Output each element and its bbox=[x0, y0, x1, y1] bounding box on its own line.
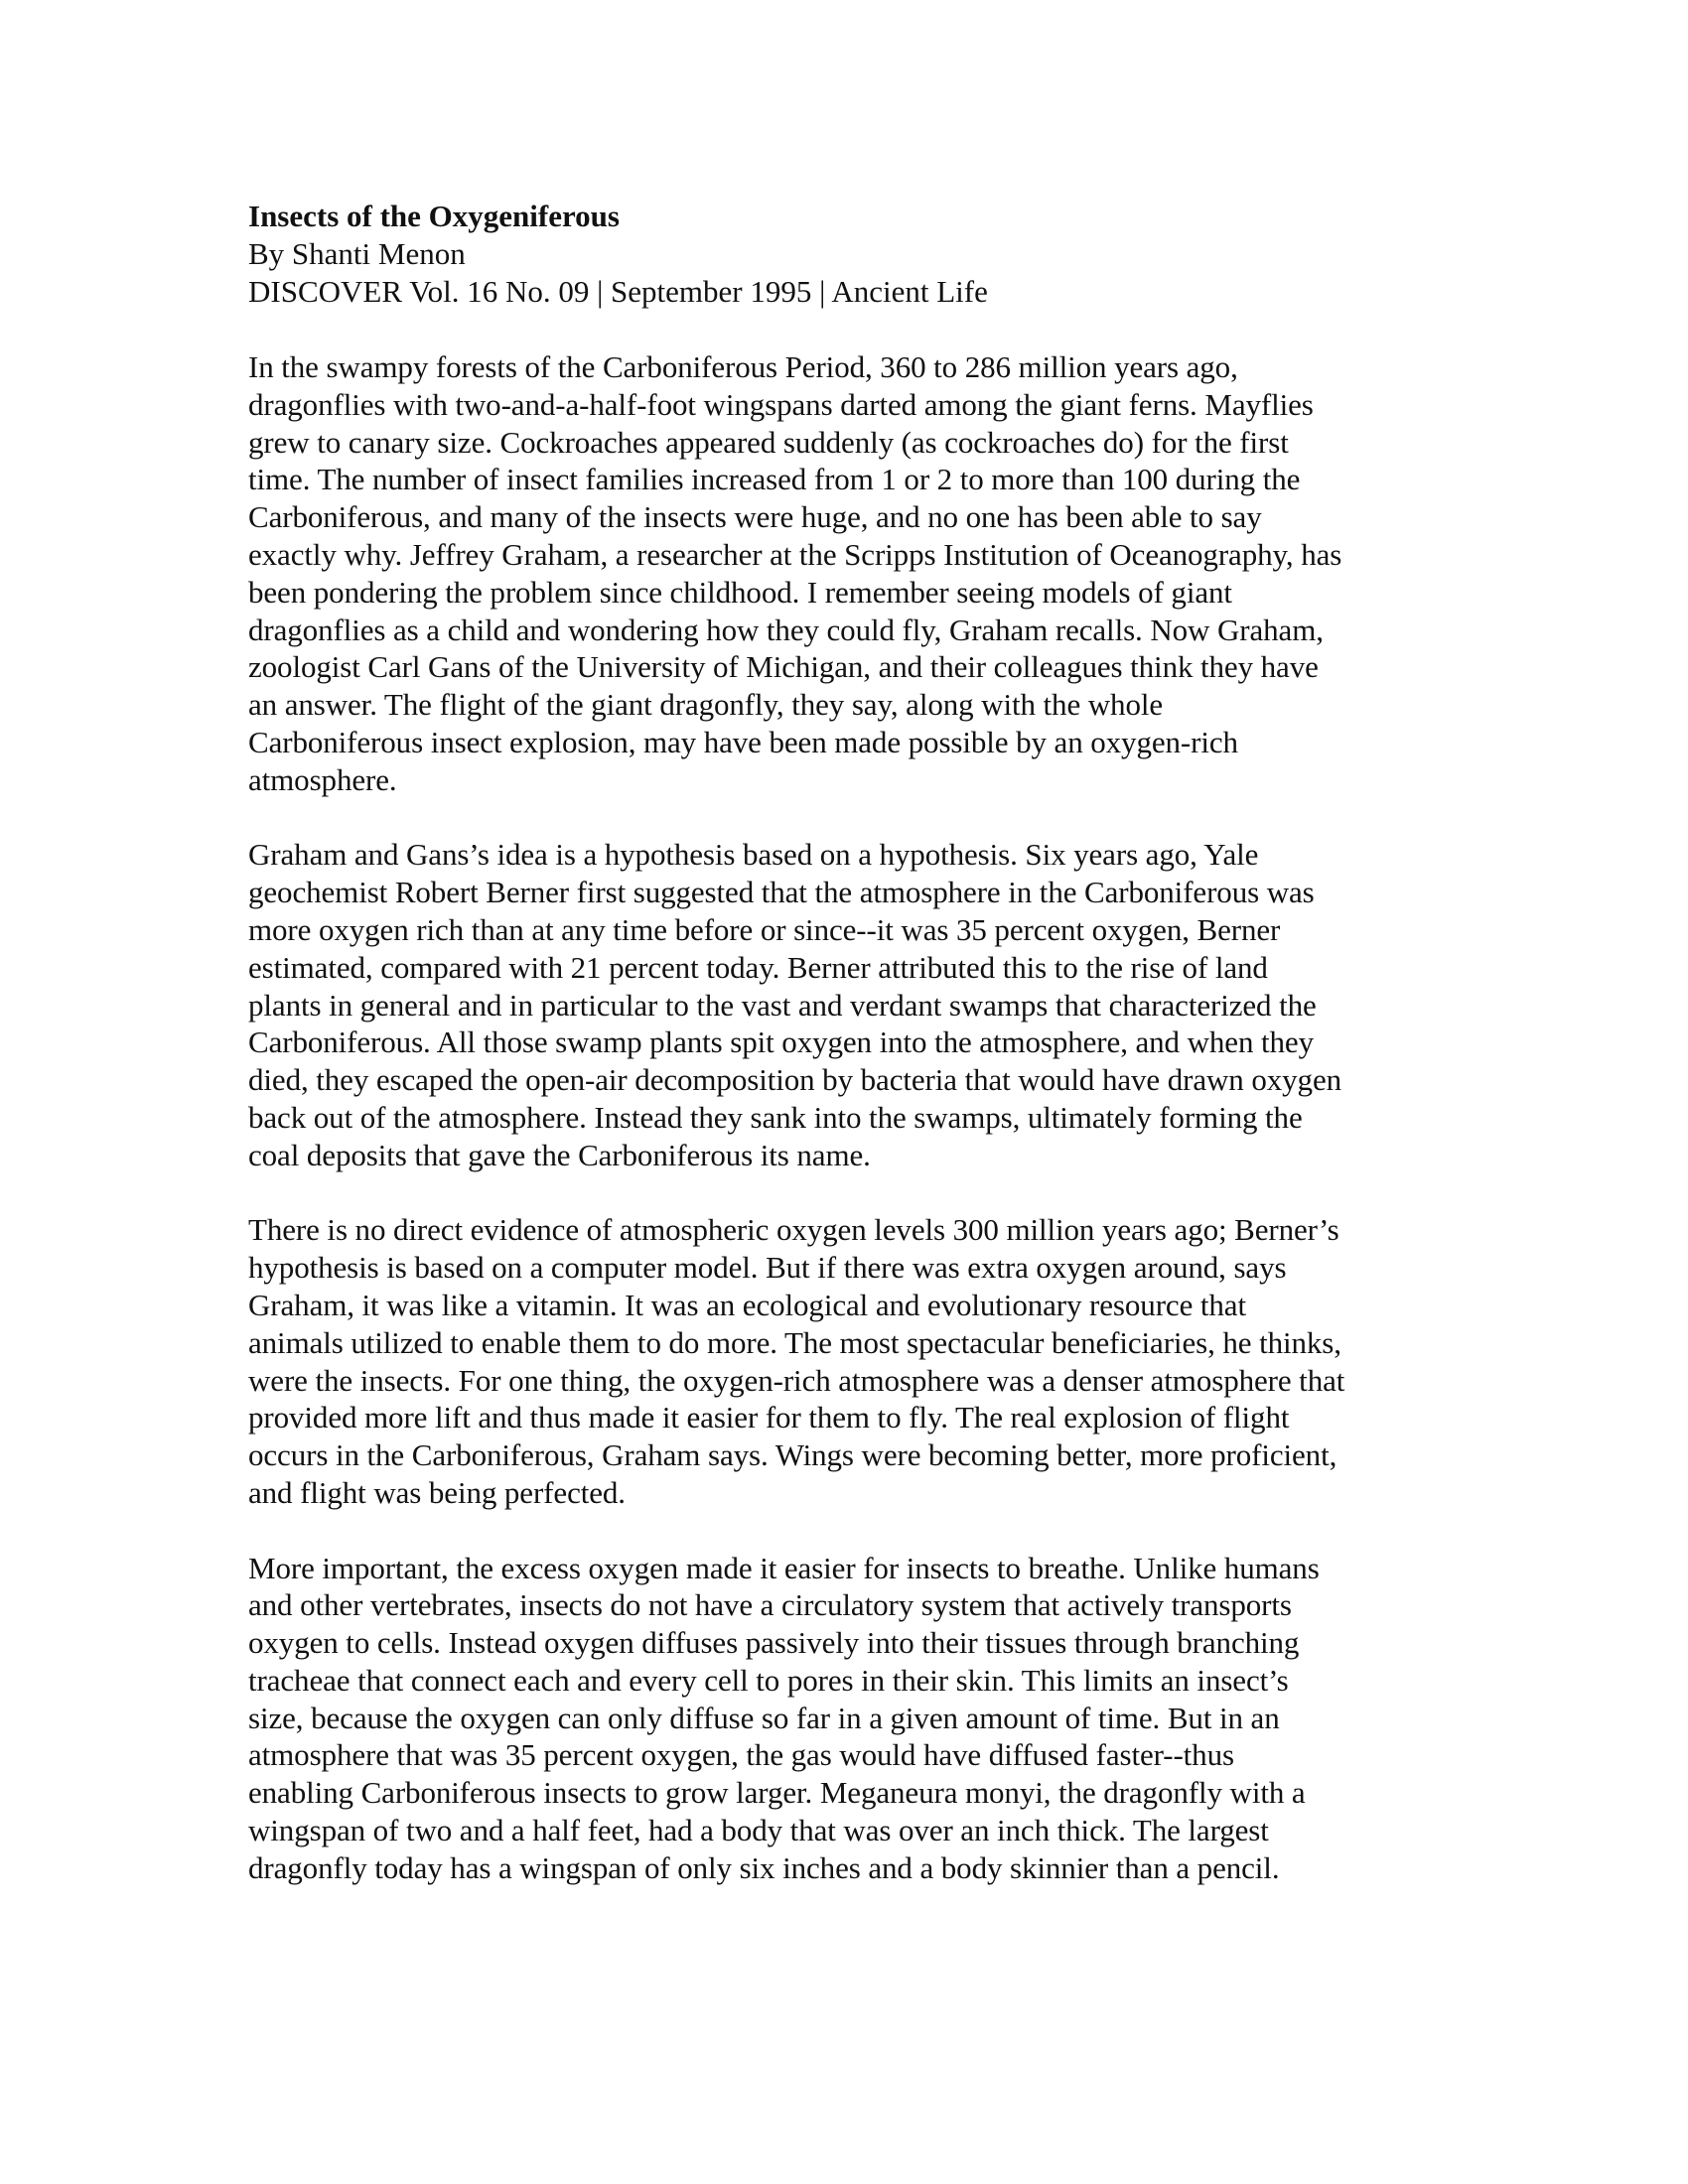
text-line: size, because the oxygen can only diffus… bbox=[248, 1700, 1470, 1737]
paragraph-1: In the swampy forests of the Carbonifero… bbox=[248, 348, 1470, 799]
text-line: There is no direct evidence of atmospher… bbox=[248, 1211, 1470, 1249]
text-line: hypothesis is based on a computer model.… bbox=[248, 1249, 1470, 1287]
text-line: wingspan of two and a half feet, had a b… bbox=[248, 1812, 1470, 1849]
article-body: In the swampy forests of the Carbonifero… bbox=[248, 348, 1470, 1887]
text-line: occurs in the Carboniferous, Graham says… bbox=[248, 1436, 1470, 1474]
text-line: zoologist Carl Gans of the University of… bbox=[248, 648, 1470, 686]
text-line: Carboniferous. All those swamp plants sp… bbox=[248, 1024, 1470, 1061]
text-line: oxygen to cells. Instead oxygen diffuses… bbox=[248, 1624, 1470, 1662]
text-line: geochemist Robert Berner first suggested… bbox=[248, 874, 1470, 911]
text-line: more oxygen rich than at any time before… bbox=[248, 911, 1470, 949]
article-byline: By Shanti Menon bbox=[248, 235, 1470, 273]
text-line: Carboniferous insect explosion, may have… bbox=[248, 724, 1470, 761]
text-line: dragonflies with two-and-a-half-foot win… bbox=[248, 386, 1470, 424]
text-line: coal deposits that gave the Carboniferou… bbox=[248, 1137, 1470, 1174]
text-line: dragonflies as a child and wondering how… bbox=[248, 612, 1470, 649]
paragraph-3: There is no direct evidence of atmospher… bbox=[248, 1211, 1470, 1511]
text-line: Graham, it was like a vitamin. It was an… bbox=[248, 1287, 1470, 1324]
text-line: Carboniferous, and many of the insects w… bbox=[248, 498, 1470, 536]
text-line: an answer. The flight of the giant drago… bbox=[248, 686, 1470, 724]
article-source: DISCOVER Vol. 16 No. 09 | September 1995… bbox=[248, 273, 1470, 311]
text-line: and other vertebrates, insects do not ha… bbox=[248, 1586, 1470, 1624]
text-line: atmosphere. bbox=[248, 761, 1470, 799]
article-header: Insects of the Oxygeniferous By Shanti M… bbox=[248, 198, 1470, 311]
text-line: animals utilized to enable them to do mo… bbox=[248, 1324, 1470, 1362]
text-line: and flight was being perfected. bbox=[248, 1474, 1470, 1512]
text-line: dragonfly today has a wingspan of only s… bbox=[248, 1849, 1470, 1887]
text-line: enabling Carboniferous insects to grow l… bbox=[248, 1774, 1470, 1812]
text-line: died, they escaped the open-air decompos… bbox=[248, 1061, 1470, 1099]
text-line: estimated, compared with 21 percent toda… bbox=[248, 949, 1470, 987]
text-line: atmosphere that was 35 percent oxygen, t… bbox=[248, 1736, 1470, 1774]
text-line: back out of the atmosphere. Instead they… bbox=[248, 1099, 1470, 1137]
text-line: provided more lift and thus made it easi… bbox=[248, 1399, 1470, 1436]
text-line: tracheae that connect each and every cel… bbox=[248, 1662, 1470, 1700]
article-title: Insects of the Oxygeniferous bbox=[248, 198, 1470, 235]
document-page: Insects of the Oxygeniferous By Shanti M… bbox=[248, 198, 1470, 1924]
text-line: More important, the excess oxygen made i… bbox=[248, 1550, 1470, 1587]
text-line: been pondering the problem since childho… bbox=[248, 574, 1470, 612]
text-line: exactly why. Jeffrey Graham, a researche… bbox=[248, 536, 1470, 574]
text-line: In the swampy forests of the Carbonifero… bbox=[248, 348, 1470, 386]
text-line: time. The number of insect families incr… bbox=[248, 461, 1470, 498]
paragraph-4: More important, the excess oxygen made i… bbox=[248, 1550, 1470, 1887]
text-line: grew to canary size. Cockroaches appeare… bbox=[248, 424, 1470, 462]
text-line: plants in general and in particular to t… bbox=[248, 987, 1470, 1024]
paragraph-2: Graham and Gans’s idea is a hypothesis b… bbox=[248, 836, 1470, 1173]
text-line: Graham and Gans’s idea is a hypothesis b… bbox=[248, 836, 1470, 874]
text-line: were the insects. For one thing, the oxy… bbox=[248, 1362, 1470, 1400]
